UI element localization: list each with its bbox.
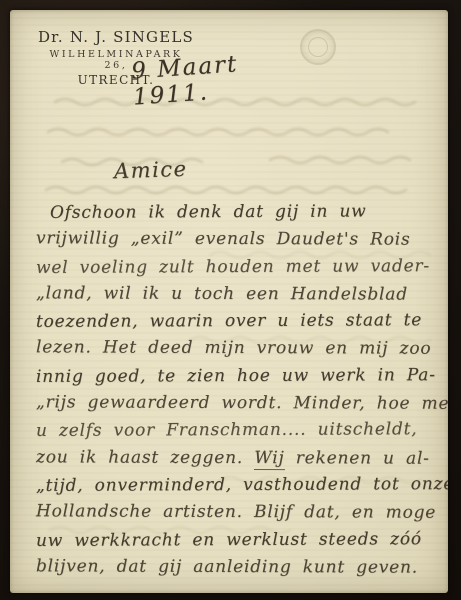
letter-line: „rijs gewaardeerd wordt. Minder, hoe men: [36, 389, 442, 418]
letter-line-post: rekenen u al-: [285, 448, 430, 469]
letter-line: vrijwillig „exil” evenals Daudet's Rois: [36, 226, 442, 255]
letter-line: innig goed, te zien hoe uw werk in Pa-: [36, 362, 442, 391]
letter-line: zou ik haast zeggen. Wij rekenen u al-: [36, 444, 442, 473]
letter-line-pre: zou ik haast zeggen.: [36, 447, 254, 468]
letter-line: Hollandsche artisten. Blijf dat, en moge: [36, 499, 442, 528]
letter-paper: Dr. N. J. SINGELS WILHELMINAPARK 26, UTR…: [10, 10, 448, 593]
letter-body: Ofschoon ik denk dat gij in uw vrijwilli…: [36, 199, 442, 581]
letter-line: lezen. Het deed mijn vrouw en mij zoo: [36, 335, 442, 364]
letter-line: uw werkkracht en werklust steeds zóó: [36, 526, 442, 555]
letter-line: toezenden, waarin over u iets staat te: [36, 307, 442, 336]
letterhead-sender-name: Dr. N. J. SINGELS: [36, 28, 196, 46]
underlined-word: Wij: [254, 448, 284, 470]
letter-line: u zelfs voor Franschman.... uitscheldt,: [36, 416, 442, 445]
letter-line: blijven, dat gij aanleiding kunt geven.: [36, 553, 442, 582]
scanned-letter: Dr. N. J. SINGELS WILHELMINAPARK 26, UTR…: [0, 0, 461, 600]
letter-line: „tijd, onverminderd, vasthoudend tot onz…: [36, 471, 442, 500]
letter-line: Ofschoon ik denk dat gij in uw: [36, 198, 442, 227]
letter-line: wel voeling zult houden met uw vader-: [36, 253, 442, 282]
letter-line: „land, wil ik u toch een Handelsblad: [36, 280, 442, 309]
salutation: Amice: [114, 157, 188, 184]
